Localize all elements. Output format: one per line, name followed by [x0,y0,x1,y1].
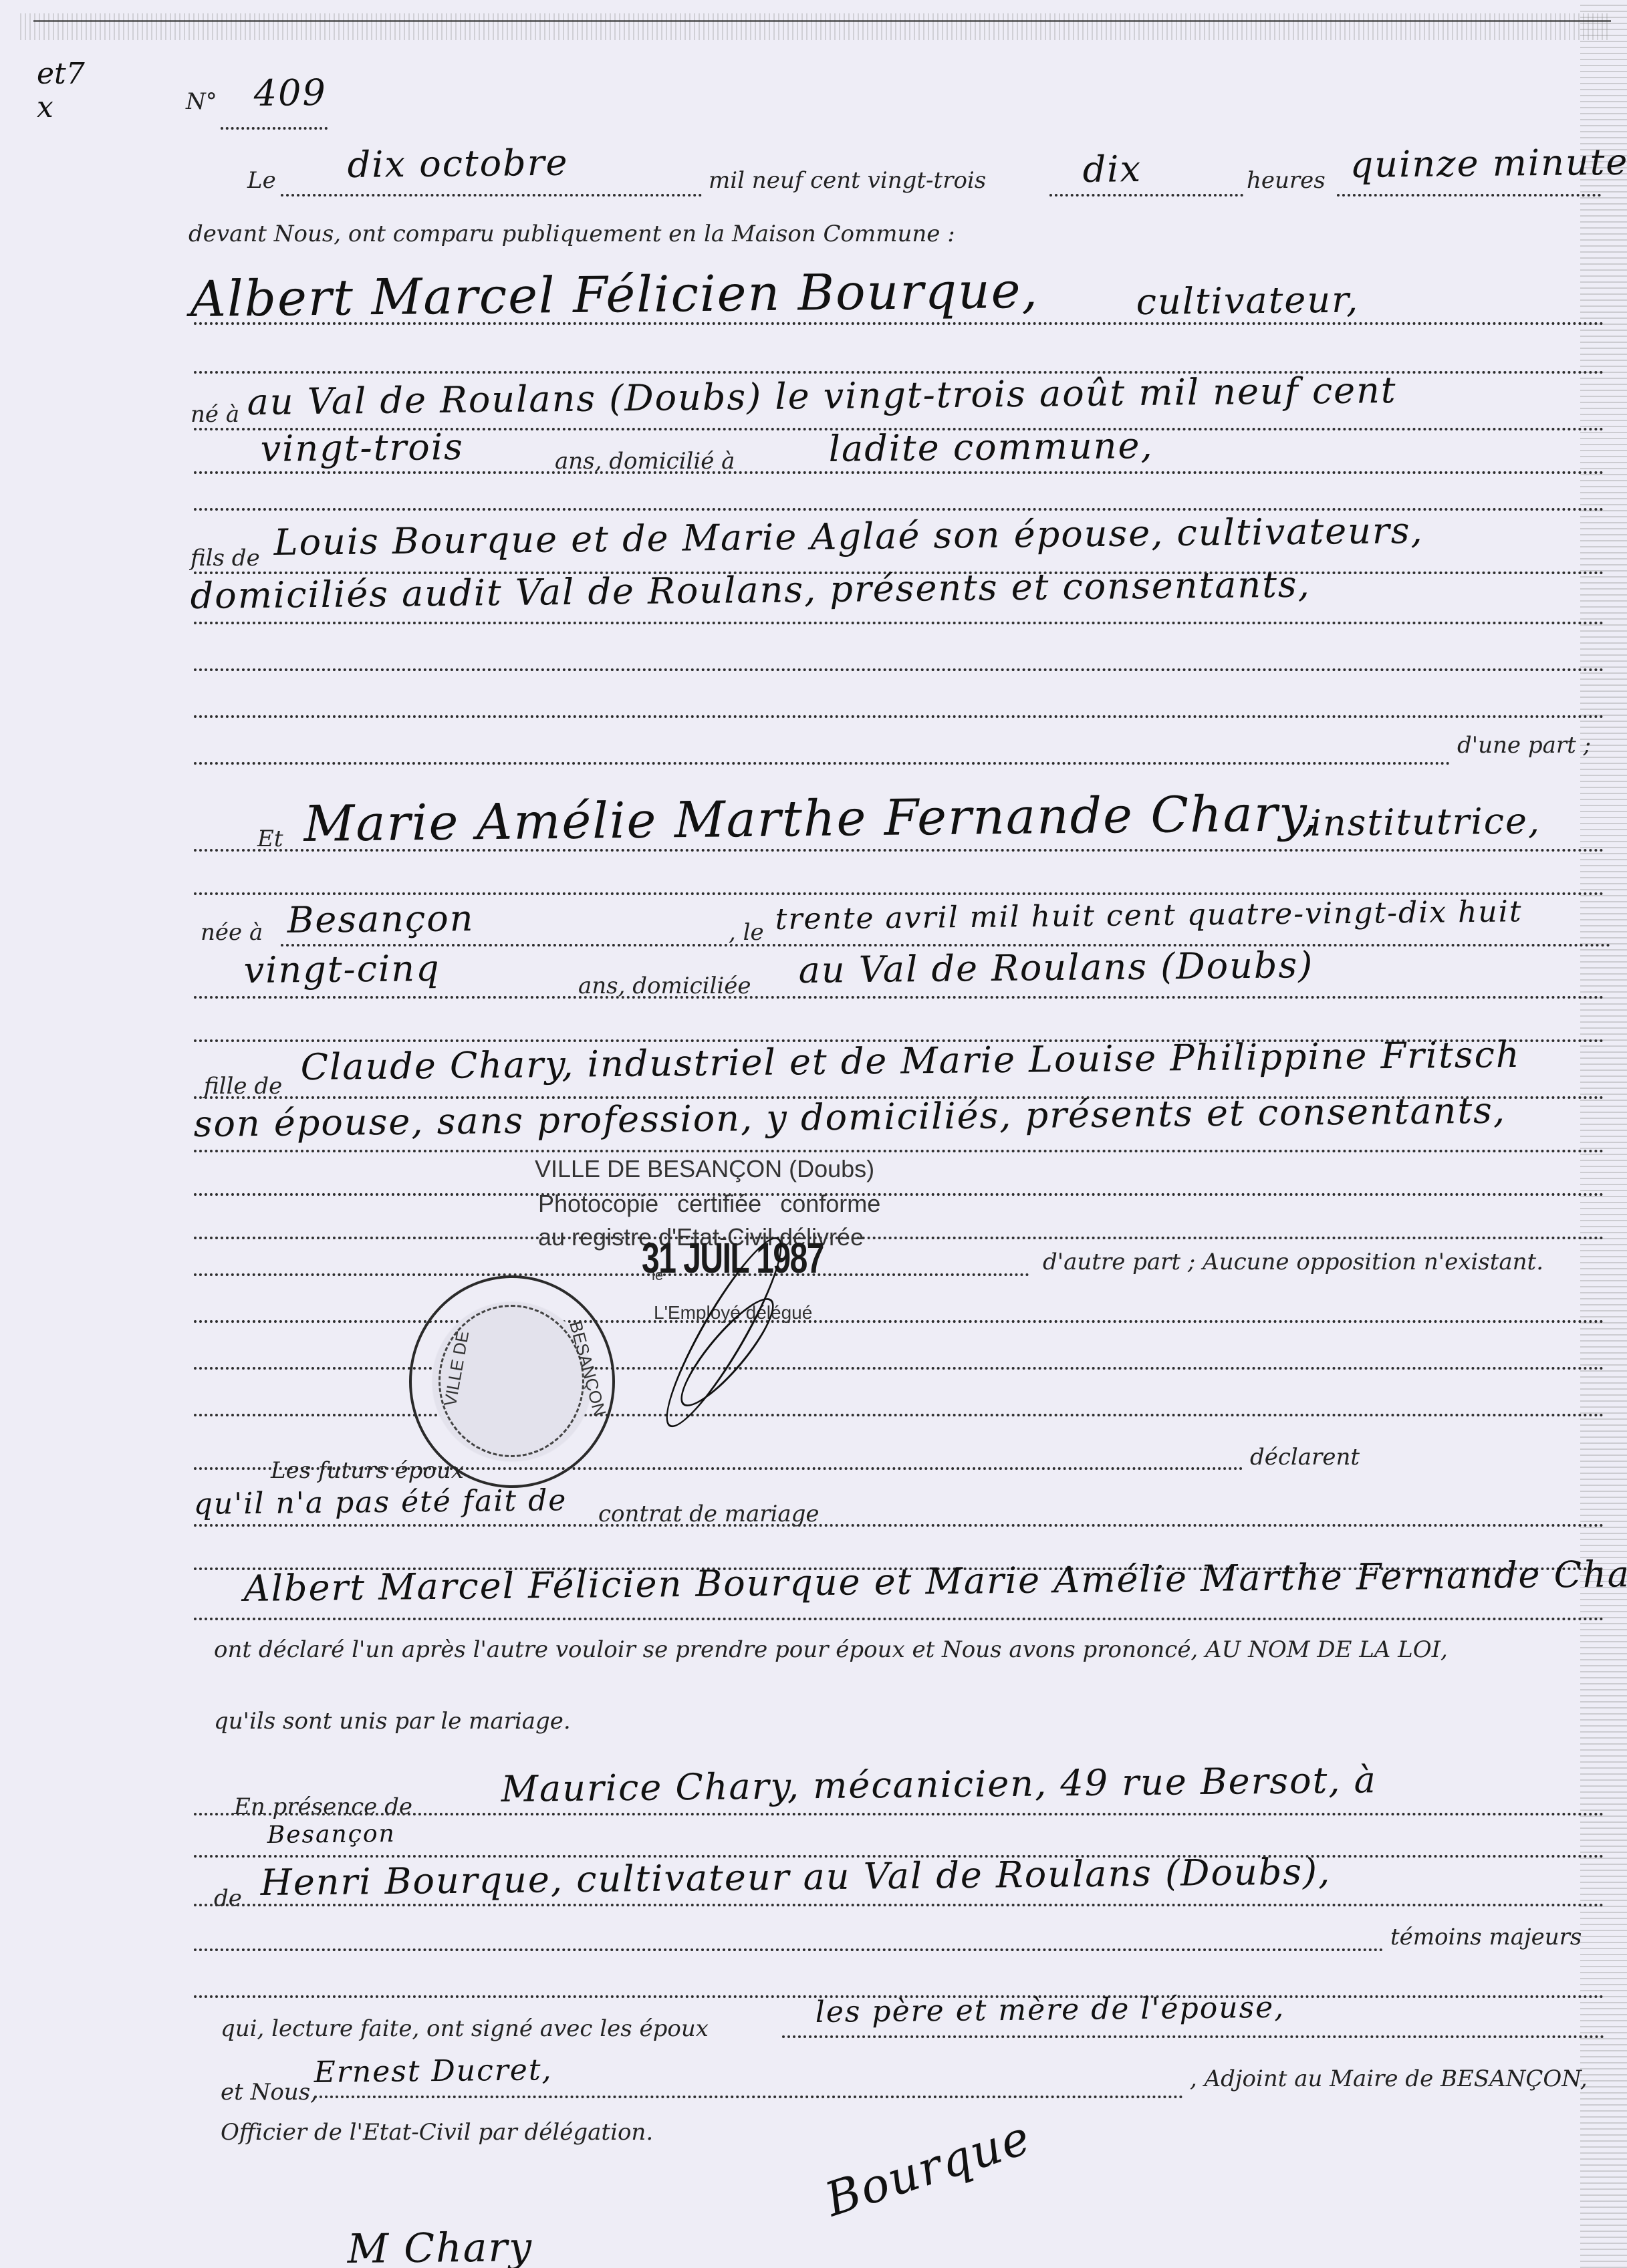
rule [281,944,1611,947]
rule [194,715,1604,718]
signature-chary: M Chary [347,2224,533,2268]
born-label: né à [191,401,239,428]
rule [194,1524,1604,1527]
lecture-handwritten: les père et mère de l'épouse, [815,1991,1285,2029]
et-nous-label: et Nous, [221,2079,318,2106]
act-number: 409 [253,72,327,114]
age-f-label: ans, domiciliée [578,973,751,999]
born-f-label: née à [201,919,263,946]
son-of-label: fils de [191,545,260,572]
adjoint-label: , Adjoint au Maire de BESANÇON, [1190,2065,1588,2092]
rule [194,1414,1604,1416]
rule [194,762,1451,765]
autre-part-label: d'autre part ; Aucune opposition n'exist… [1043,1249,1543,1275]
de-label: de [214,1885,242,1912]
margin-note-x: x [37,90,53,124]
minutes-handwritten: quinze minutes [1350,140,1627,186]
witness-1: Maurice Chary, mécanicien, 49 rue Bersot… [501,1759,1377,1810]
contract-label: contrat de mariage [598,1501,820,1527]
rule [194,1618,1604,1620]
heures-label: heures [1247,167,1326,194]
groom-age: vingt-trois [260,426,464,470]
groom-birth: au Val de Roulans (Doubs) le vingt-trois… [247,369,1397,423]
bride-birthdate: trente avril mil huit cent quatre-vingt-… [775,894,1522,936]
stamp-date: 31 JUIL 1987 [642,1233,824,1283]
bride-profession: institutrice, [1309,799,1541,844]
rule [1337,194,1601,197]
witness-1-city: Besançon [267,1820,396,1849]
rule [1049,194,1243,197]
rule [194,471,1604,474]
groom-name: Albert Marcel Félicien Bourque, [190,262,1039,328]
intro-text: devant Nous, ont comparu publiquement en… [189,221,955,247]
rule [194,1237,1604,1239]
futurs-epoux-label: Les futurs époux [271,1457,464,1484]
rule [281,194,702,197]
daughter-of-label: fille de [204,1073,282,1100]
city-seal: VILLE DE BESANÇON [409,1275,615,1488]
stamp-city: VILLE DE BESANÇON (Doubs) [535,1155,874,1183]
rule [314,2096,1183,2098]
number-label: N° [186,88,217,115]
rule [194,668,1604,671]
groom-profession: cultivateur, [1136,279,1359,323]
vows-text-2: qu'ils sont unis par le mariage. [214,1708,571,1735]
spouses-names: Albert Marcel Félicien Bourque et Marie … [243,1553,1627,1610]
age-label: ans, domicilié à [555,448,735,475]
rule [194,1193,1604,1196]
rule [194,322,1604,325]
bride-birthplace: Besançon [287,897,475,941]
lecture-label: qui, lecture faite, ont signé avec les é… [221,2015,709,2042]
rule [194,622,1604,624]
groom-domicile: ladite commune, [828,424,1154,470]
vows-text-1: ont déclaré l'un après l'autre vouloir s… [214,1636,1448,1663]
rule [194,1320,1604,1323]
une-part-label: d'une part ; [1457,732,1591,759]
groom-parents-1: Louis Bourque et de Marie Aglaé son épou… [273,509,1424,563]
witness-2: Henri Bourque, cultivateur au Val de Rou… [260,1850,1331,1904]
officer-name: Ernest Ducret, [314,2053,552,2090]
page-top-edge [33,20,1611,22]
bride-domicile: au Val de Roulans (Doubs) [798,944,1313,991]
rule [194,849,1604,852]
et-label: Et [257,826,283,852]
bride-age: vingt-cinq [243,947,441,991]
rule [194,1904,1604,1906]
rule [194,996,1604,999]
le-f-label: , le [729,919,764,946]
rule [194,1948,1384,1951]
bride-name: Marie Amélie Marthe Fernande Chary, [303,785,1319,853]
rule [782,2035,1604,2038]
rule [221,127,328,130]
declarent-label: déclarent [1250,1444,1360,1471]
stamp-certified: Photocopie certifiée conforme [538,1190,880,1218]
rule [194,892,1604,895]
le-label: Le [247,167,276,194]
officier-label: Officier de l'Etat-Civil par délégation. [221,2119,653,2146]
rule [194,1813,1604,1815]
presence-label: En présence de [234,1793,412,1820]
year-printed: mil neuf cent vingt-trois [709,167,986,194]
temoins-label: témoins majeurs [1390,1924,1582,1950]
date-handwritten: dix octobre [347,142,568,186]
margin-note-et7: et7 [37,57,85,91]
rule [194,1273,1029,1276]
signature-bourque: Bourque [819,2110,1037,2227]
contract-handwritten: qu'il n'a pas été fait de [193,1483,567,1521]
scan-noise-top [20,13,1611,40]
rule [194,1367,1604,1370]
scan-noise-right [1580,0,1627,2268]
rule [194,1150,1604,1152]
hour-handwritten: dix [1082,148,1142,191]
